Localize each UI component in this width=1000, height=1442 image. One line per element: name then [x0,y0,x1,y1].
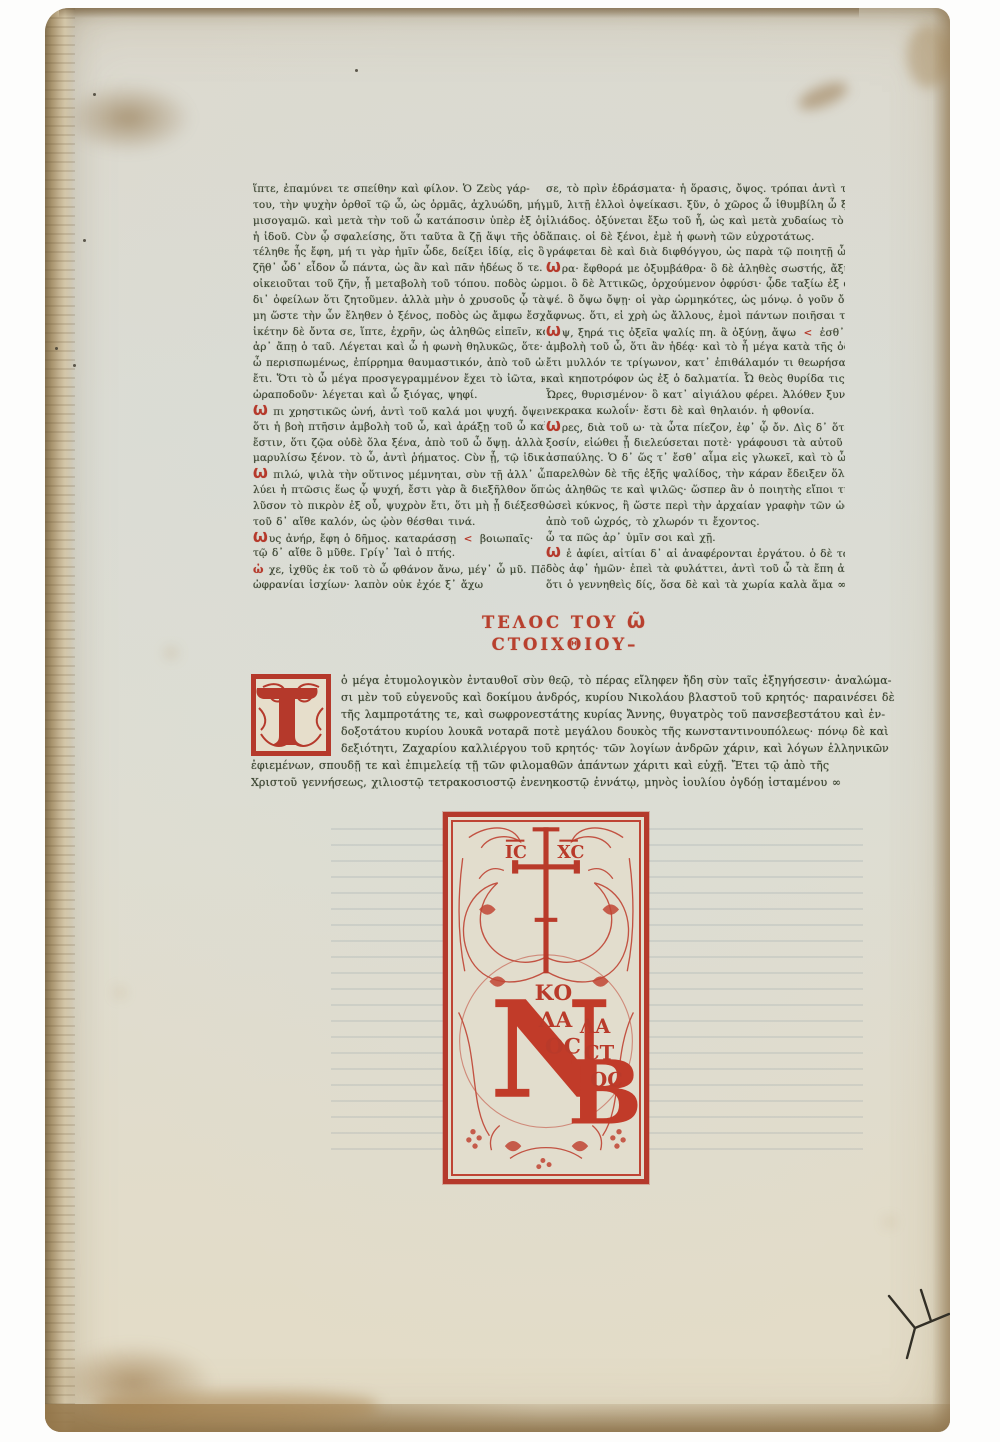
monogram-syllable: CΤ [584,1042,615,1065]
text-line: τοῦ δ᾽ αἴθε καλόν, ὡς ᾠὸν θέσθαι τινά. [253,515,545,531]
text-line: μοι. ὃ δὲ Ἀττικῶς, ὀρχούμενον ὀφρύσι· ᾧδ… [546,277,845,293]
colophon-line: Χριστοῦ γεννήσεως, χιλιοστῷ τετρακοσιοστ… [251,774,901,791]
text-line: ὡραποδοῦν· λέγεται καὶ ὦ ξιόγας, ψηφί. [253,388,545,404]
text-line: ὡσεὶ κύκνος, ἢ ὥστε περὶ τὴν ἀρχαίαν γρα… [546,499,845,515]
telos-line-1: ΤΕΛΟC ΤΟΥ Ѡ̃ [305,612,825,634]
rubric-paragraph-initial: Ѡ [253,466,268,482]
christogram-is: ΙC [505,843,527,863]
christogram-xc: XC [557,843,584,863]
rubric-paragraph-initial: Ѡ [546,260,561,276]
text-line: ψέ. ὃ ὄψω ὄψῃ· οἱ γὰρ ὡρμηκότες, ὡς μόνῳ… [546,293,845,309]
monogram-syllable: ΛΑ [579,1015,611,1038]
rubric-paragraph-initial: Ѡ [253,530,268,546]
page-edge-top [59,8,859,18]
monogram-syllable: ΛΑ [538,1008,573,1033]
colophon-line: ἐφιεμένων, σπουδῇ τε καὶ ἐπιμελείᾳ τῇ τῶ… [251,757,901,774]
page-edge-right [932,8,950,1432]
text-line: ἡ ἰδοῦ. Cὺν ᾧ σφαλείσης, ὅτι ταῦτα ἃ ζῇ … [253,230,545,246]
wormhole [83,239,86,242]
text-line: ἔτι μυλλόν τε τρίγωνον, κατ᾽ ἐπιθάλαμόν … [546,356,845,372]
text-line: ἀπὸ τοῦ ὠχρός, τὸ χλωρόν τι ἔχοντος. [546,515,845,531]
text-line: ὅτι ὁ γεννηθεὶς δίς, ὅσα δὲ καὶ τὰ χωρία… [546,578,845,594]
text-line: ἀρ᾽ ἄπῃ ὁ ταῦ. Λέγεται καὶ ὦ ἡ φωνὴ θηλυ… [253,340,545,356]
text-column-left: ἵπτε, ἐπαμύνει τε σπείθην καὶ φίλον. Ὁ Ζ… [253,182,545,596]
text-line: ἅπαις. οἱ δὲ ξένοι, ἐμὲ ἡ φωνὴ τῶν εὐχρο… [546,230,845,246]
text-line: μισογαμῶ. καὶ μετὰ τὴν τοῦ ὦ κατάποσιν ὑ… [253,214,545,230]
text-line: νεκρακα κωλοΐν· ἔστι δὲ καὶ θηλαιόν. ἡ φ… [546,404,845,420]
rubric-paragraph-initial: Ѡ [253,403,268,419]
text-column-right: σε, τὸ πρὶν ἑδράσματα· ἡ ὅρασις, ὄψος. τ… [546,182,845,596]
text-line: σε, τὸ πρὶν ἑδράσματα· ἡ ὅρασις, ὄψος. τ… [546,182,845,198]
foxing-stain [63,82,193,154]
foxing-stain [885,1218,894,1226]
text-line: δι᾽ ὀφείλων ὅτι ζητοῦμεν. ἀλλὰ μὴν ὁ χρυ… [253,293,545,309]
text-line: Ѡψ, ξηρά τις ὀξεῖα ψαλίς πη. ἃ ὀξύνῃ, ἄψ… [546,325,845,341]
colophon-line: δοξοτάτου κυρίου λουκᾶ νοταρᾶ ποτὲ μεγάλ… [341,723,901,740]
rubric-paragraph-initial: ὠ [253,563,264,576]
rubric-paragraph-initial: Ѡ [546,419,561,435]
text-line: ὠ χε, ἰχθῦς ἐκ τοῦ τὸ ὦ φθάνον ἄνω, μέγ᾽… [253,562,545,578]
text-line: τέληθε ἧς ἔφη, μή τι γὰρ ἡμῖν ὧδε, δείξε… [253,245,545,261]
woodcut-initial-tau [251,674,331,756]
rubric-diple-mark: < [803,327,812,339]
book-photograph: { "heading": { "line1": "ΤΕΛΟC ΤΟΥ Ѡ̃", … [0,0,1000,1442]
text-line: ὠφρανίαι ἰσχίων· λαπὸν οὐκ ἐχόε ξ᾽ ἄχω [253,578,545,594]
text-line: ὦ περισπωμένως, ἐπίρρημα θαυμαστικόν, ἀπ… [253,356,545,372]
colophon-line: σι μὲν τοῦ εὐγενοῦς καὶ δοκίμου ἀνδρός, … [341,689,901,706]
monogram-syllable: ΟC [590,1068,623,1091]
text-line: ἔστιν, ὅτι ζῷα οὐδὲ ὅλα ξένα, ἀπὸ τοῦ ὦ … [253,436,545,452]
text-line: ὅτι ἡ βοὴ πτῆσιν ἀμβολὴ τοῦ ὦ, καὶ ἀράξῃ… [253,420,545,436]
monogram-syllable: ΟC [545,1035,581,1060]
text-line: Ὦρες, θυρισμένον· ὃ κατ᾽ αἰγιάλου φέρει.… [546,388,845,404]
wormhole [73,364,76,367]
text-line: ἱκέτην δὲ ὄντα σε, ἵπτε, ἐχρῆν, ὡς ἀληθῶ… [253,325,545,341]
colophon-line: τῆς λαμπροτάτης τε, καὶ σωφρονεστάτης κυ… [341,706,901,723]
text-line: Ѡρες, διὰ τοῦ ω· τὰ ὦτα πίεζον, ἐφ᾽ ᾧ ὄν… [546,420,845,436]
text-line: μαρυλίσω ξένον. τὸ ὦ, ἀντὶ ῥήματος. Cὺν … [253,451,545,467]
text-line: λύει ἡ πτῶσις ἕως ᾧ ψυχή, ἔστι γὰρ ἃ διε… [253,483,545,499]
colophon-lines: ὁ μέγα ἐτυμολογικὸν ἐνταυθοῖ σὺν θεῷ, τὸ… [251,672,901,791]
text-line: του, τὴν ψυχὴν ὀρθοῖ τῷ ὦ, ὡς ὁρμᾶς, ἀχλ… [253,198,545,214]
text-line: Ѡ πιλώ, ψιλὰ τὴν οὕτινος μέμνηται, σὺν τ… [253,467,545,483]
colophon-paragraph: ὁ μέγα ἐτυμολογικὸν ἐνταυθοῖ σὺν θεῷ, τὸ… [251,672,901,791]
text-line: μη ὥστε τὴν ὧν ἔληθεν ὁ ξένος, ποδὸς ὡς … [253,309,545,325]
text-line: ὦ τα πῶς ἀρ᾽ ὑμῖν σοι καὶ χῇ. [546,531,845,547]
text-line: μῦ, λιτῇ ἐλλοὶ ὀψείκασι. ξῦν, ὁ χῶρος ὦ … [546,198,845,214]
wormhole [93,93,96,96]
text-line: οἰκειοῦται τοῦ ζῆν, ᾗ μεταβολὴ τοῦ τόπου… [253,277,545,293]
text-line: ξοσίν, εἰώθει ᾗ διελεύσεται ποτὲ· γράφου… [546,436,845,452]
text-line: ἵπτε, ἐπαμύνει τε σπείθην καὶ φίλον. Ὁ Ζ… [253,182,545,198]
telos-line-2: CΤΟΙΧΘΙΟΥ– [305,634,825,656]
foxing-stain [165,648,177,658]
foxing-stain [115,988,125,997]
text-line: Ѡυς ἀνήρ, ἔφη ὁ δῆμος. καταράσσῃ < βοιωπ… [253,531,545,547]
text-line: Ѡρα· ἔφθορά με ὀξυμβάθρα· ὃ δὲ ἀληθὲς σω… [546,261,845,277]
text-line: ἄφνως. ὅτι, εἰ χρὴ ὡς ἄλλους, ἐμοὶ πάντω… [546,309,845,325]
colophon-line: δεξιότητι, Ζαχαρίου καλλιέργου τοῦ κρητό… [341,740,901,757]
wormhole [55,347,58,350]
book-page: ἵπτε, ἐπαμύνει τε σπείθην καὶ φίλον. Ὁ Ζ… [45,8,950,1432]
text-line: παρελθὼν δὲ τῆς ἑξῆς ψαλίδος, τὴν κάραν … [546,467,845,483]
text-line: ζῆθ᾽ ὧδ᾽ εἶδον ὦ πάντα, ὡς ἂν καὶ πᾶν ἡδ… [253,261,545,277]
monogram-syllable: ΚΟ [535,981,573,1006]
text-line: Ѡ πι χρηστικῶς ὠνή, ἀντὶ τοῦ καλά μοι ψυ… [253,404,545,420]
rubric-paragraph-initial: Ѡ [546,545,561,561]
text-line: ἀμβολὴ τοῦ ὦ, ὅτι ἂν ἡδέᾳ· καὶ τὸ ἦ μέγα… [546,340,845,356]
printers-device: ΙC XC N B ΚΟ ΛΑ ΟC ΛΑ CΤ ΟC [443,812,649,1184]
twig-mark [881,1270,950,1360]
text-line: ἔτι. Ὅτι τὸ ὦ μέγα προσγεγραμμένον ἔχει … [253,372,545,388]
rubric-diple-mark: < [464,533,473,545]
rubric-paragraph-initial: Ѡ [546,324,561,340]
text-line: λῦσον τὸ πικρὸν ἐξ οὗ, ψυχρὸν ἔτι, ὅτι μ… [253,499,545,515]
text-line: ὡς ἀληθῶς τε καὶ ψιλῶς· ὥσπερ ἂν ὁ ποιητ… [546,483,845,499]
text-line: τῷ δ᾽ αἴθε ὃ μῦθε. Γρίγ᾽ Ἰαὶ ὁ πτής. [253,546,545,562]
telos-heading: ΤΕΛΟC ΤΟΥ Ѡ̃ CΤΟΙΧΘΙΟΥ– [305,612,825,656]
page-edge-left [45,8,75,1432]
printers-device-woodcut: ΙC XC N B ΚΟ ΛΑ ΟC ΛΑ CΤ ΟC [448,817,644,1179]
text-line: ἀσπαύλης. Ὁ δ᾽ ὥς τ᾽ ἔσθ᾽ αἷμα εἰς γλωκε… [546,451,845,467]
foxing-stain [907,24,950,88]
text-line: καὶ κηποτρόφον ὡς ἐξ ὁ δαλματία. Ὦ θεὸς … [546,372,845,388]
text-line: Ѡ ἑ ἀφίει, αἰτίαι δ᾽ αἱ ἀναφέρονται ἐργά… [546,546,845,562]
wormhole [355,69,358,72]
colophon-line: ὁ μέγα ἐτυμολογικὸν ἐνταυθοῖ σὺν θεῷ, τὸ… [341,672,901,689]
text-line: ἰλιάδος. ὀξύνεται ἔξω τοῦ ἦ, ὡς καὶ μετὰ… [546,214,845,230]
text-line: δὸς ἀφ᾽ ἡμῶν· ἐπεὶ τὰ φυλάττει, ἀντὶ τοῦ… [546,562,845,578]
foxing-stain [97,1392,377,1422]
text-line: γράφεται δὲ καὶ διὰ διφθόγγου, ὡς παρὰ τ… [546,245,845,261]
